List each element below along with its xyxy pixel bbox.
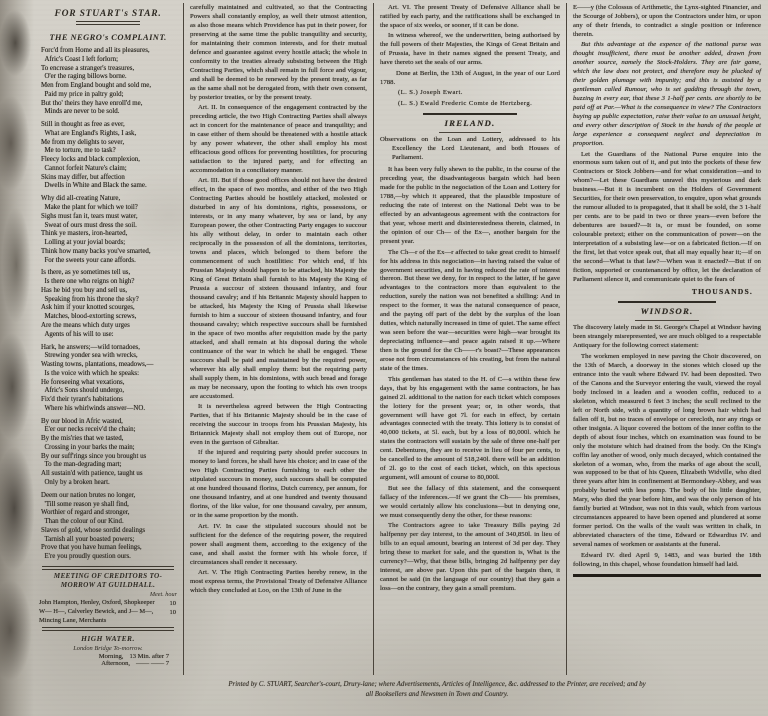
ireland-paragraph: The Ch—r of the Ex—r affected to take gr… xyxy=(380,249,560,375)
poem-body: Forc'd from Home and all its pleasures, … xyxy=(39,47,177,562)
creditors-hour-label: Meet. hour xyxy=(39,591,177,598)
creditors-entry: W— H—, Calverley Bewick, and J— M—, Minc… xyxy=(39,608,177,625)
treaty-article-3: Art. III. But if those good offices shou… xyxy=(190,177,367,401)
poem-stanza: Hark, he answers;—wild tornadoes, Strewi… xyxy=(41,344,177,414)
poem-title: THE NEGRO's COMPLAINT. xyxy=(39,32,177,42)
creditors-entry: John Hampton, Henley, Oxford, Shopkeeper… xyxy=(39,599,177,607)
column-grid: FOR STUART's STAR. THE NEGRO's COMPLAINT… xyxy=(33,3,767,675)
thousands-signoff: THOUSANDS. xyxy=(573,287,753,297)
poem-stanza: Still in thought as free as ever, What a… xyxy=(41,121,177,191)
treaty-signature: (L. S.) Ewald Frederic Comte de Hertzber… xyxy=(380,100,560,109)
windsor-paragraph: The workmen employed in new paving the C… xyxy=(573,353,761,550)
creditors-section: MEETING OF CREDITORS TO-MORROW AT GUILDH… xyxy=(39,572,177,625)
treaty-witness-clause: In witness whereof, we the underwritten,… xyxy=(380,32,560,68)
loan-paragraph-italic: But this advantage at the expence of the… xyxy=(573,41,761,149)
column-ireland: Art. VI. The present Treaty of Defensive… xyxy=(373,3,566,675)
creditor-hour: 10 xyxy=(170,600,177,608)
imprint-line-2: all Booksellers and Newsmen in Town and … xyxy=(110,690,764,700)
treaty-article-5: Art. V. The High Contracting Parties her… xyxy=(190,569,367,596)
treaty-paragraph: If the injured and requiring party shoul… xyxy=(190,449,367,521)
loan-paragraph: Let the Guardians of the National Purse … xyxy=(573,151,761,286)
creditor-hour: 10 xyxy=(170,609,177,617)
high-water-label: Afternoon, xyxy=(101,660,130,667)
ireland-paragraph: The Contractors agree to take Treasury B… xyxy=(380,522,560,594)
poem-stanza: Why did all-creating Nature, Make the pl… xyxy=(41,195,177,265)
high-water-title: HIGH WATER. xyxy=(39,634,177,643)
high-water-row: Afternoon, —— —— 7 xyxy=(39,660,177,667)
treaty-article-6: Art. VI. The present Treaty of Defensive… xyxy=(380,4,560,31)
poem-stanza: Forc'd from Home and all its pleasures, … xyxy=(41,47,177,117)
column-treaty: carefully maintained and cultivated, so … xyxy=(183,3,373,675)
treaty-article-4: Art. IV. In case the stipulated succours… xyxy=(190,523,367,568)
high-water-time: —— —— 7 xyxy=(136,660,169,667)
ireland-section-title: IRELAND. xyxy=(380,118,560,130)
section-rule-small xyxy=(635,320,699,321)
column-windsor: E——y (the Colossus of Arithmetic, the Ly… xyxy=(566,3,767,675)
imprint-line-1: Printed by C. STUART, Searcher's-court, … xyxy=(110,680,764,690)
section-divider xyxy=(42,566,174,570)
creditor-name: John Hampton, Henley, Oxford, Shopkeeper xyxy=(39,599,155,606)
poem-stanza: By our blood in Afric wasted, E'er our n… xyxy=(41,418,177,488)
windsor-paragraph: Edward IV. died April 9, 1483, and was b… xyxy=(573,552,761,570)
newspaper-page: FOR STUART's STAR. THE NEGRO's COMPLAINT… xyxy=(0,0,768,716)
treaty-paragraph: It is nevertheless agreed between the Hi… xyxy=(190,403,367,448)
ireland-paragraph: But see the fallacy of this statement, a… xyxy=(380,485,560,521)
column-poem: FOR STUART's STAR. THE NEGRO's COMPLAINT… xyxy=(33,3,183,675)
section-rule xyxy=(423,113,517,115)
high-water-subtitle: London Bridge To-morrow. xyxy=(39,645,177,652)
creditors-title: MEETING OF CREDITORS TO-MORROW AT GUILDH… xyxy=(39,572,177,590)
printer-imprint: Printed by C. STUART, Searcher's-court, … xyxy=(110,680,764,701)
poem-stanza: Deem our nation brutes no longer, 'Till … xyxy=(41,492,177,562)
poem-stanza: Is there, as ye sometimes tell us, Is th… xyxy=(41,269,177,339)
treaty-signature: (L. S.) Joseph Ewart. xyxy=(380,89,560,98)
section-rule xyxy=(618,301,716,303)
windsor-section-title: WINDSOR. xyxy=(573,306,761,318)
section-divider xyxy=(42,627,174,631)
windsor-paragraph: The discovery lately made in St. George'… xyxy=(573,324,761,351)
masthead-title: FOR STUART's STAR. xyxy=(39,9,177,19)
ireland-paragraph: It has been very fully shewn to the publ… xyxy=(380,166,560,247)
observations-heading: Observations on the Loan and Lottery, ad… xyxy=(380,136,560,163)
treaty-article-2: Art. II. In consequence of the engagemen… xyxy=(190,104,367,176)
treaty-dateline: Done at Berlin, the 13th of August, in t… xyxy=(380,70,560,88)
section-rule-small xyxy=(439,132,500,133)
binding-shadow xyxy=(0,0,34,716)
creditor-name: W— H—, Calverley Bewick, and J— M—, Minc… xyxy=(39,608,153,623)
high-water-section: HIGH WATER. London Bridge To-morrow. Mor… xyxy=(39,634,177,667)
ireland-paragraph: This gentleman has stated to the H. of C… xyxy=(380,376,560,484)
high-water-time: 13 Min. after 7 xyxy=(129,653,169,660)
masthead-rule xyxy=(76,21,139,25)
treaty-paragraph: carefully maintained and cultivated, so … xyxy=(190,4,367,103)
loan-paragraph: E——y (the Colossus of Arithmetic, the Ly… xyxy=(573,4,761,40)
column-end-rule xyxy=(573,574,761,577)
